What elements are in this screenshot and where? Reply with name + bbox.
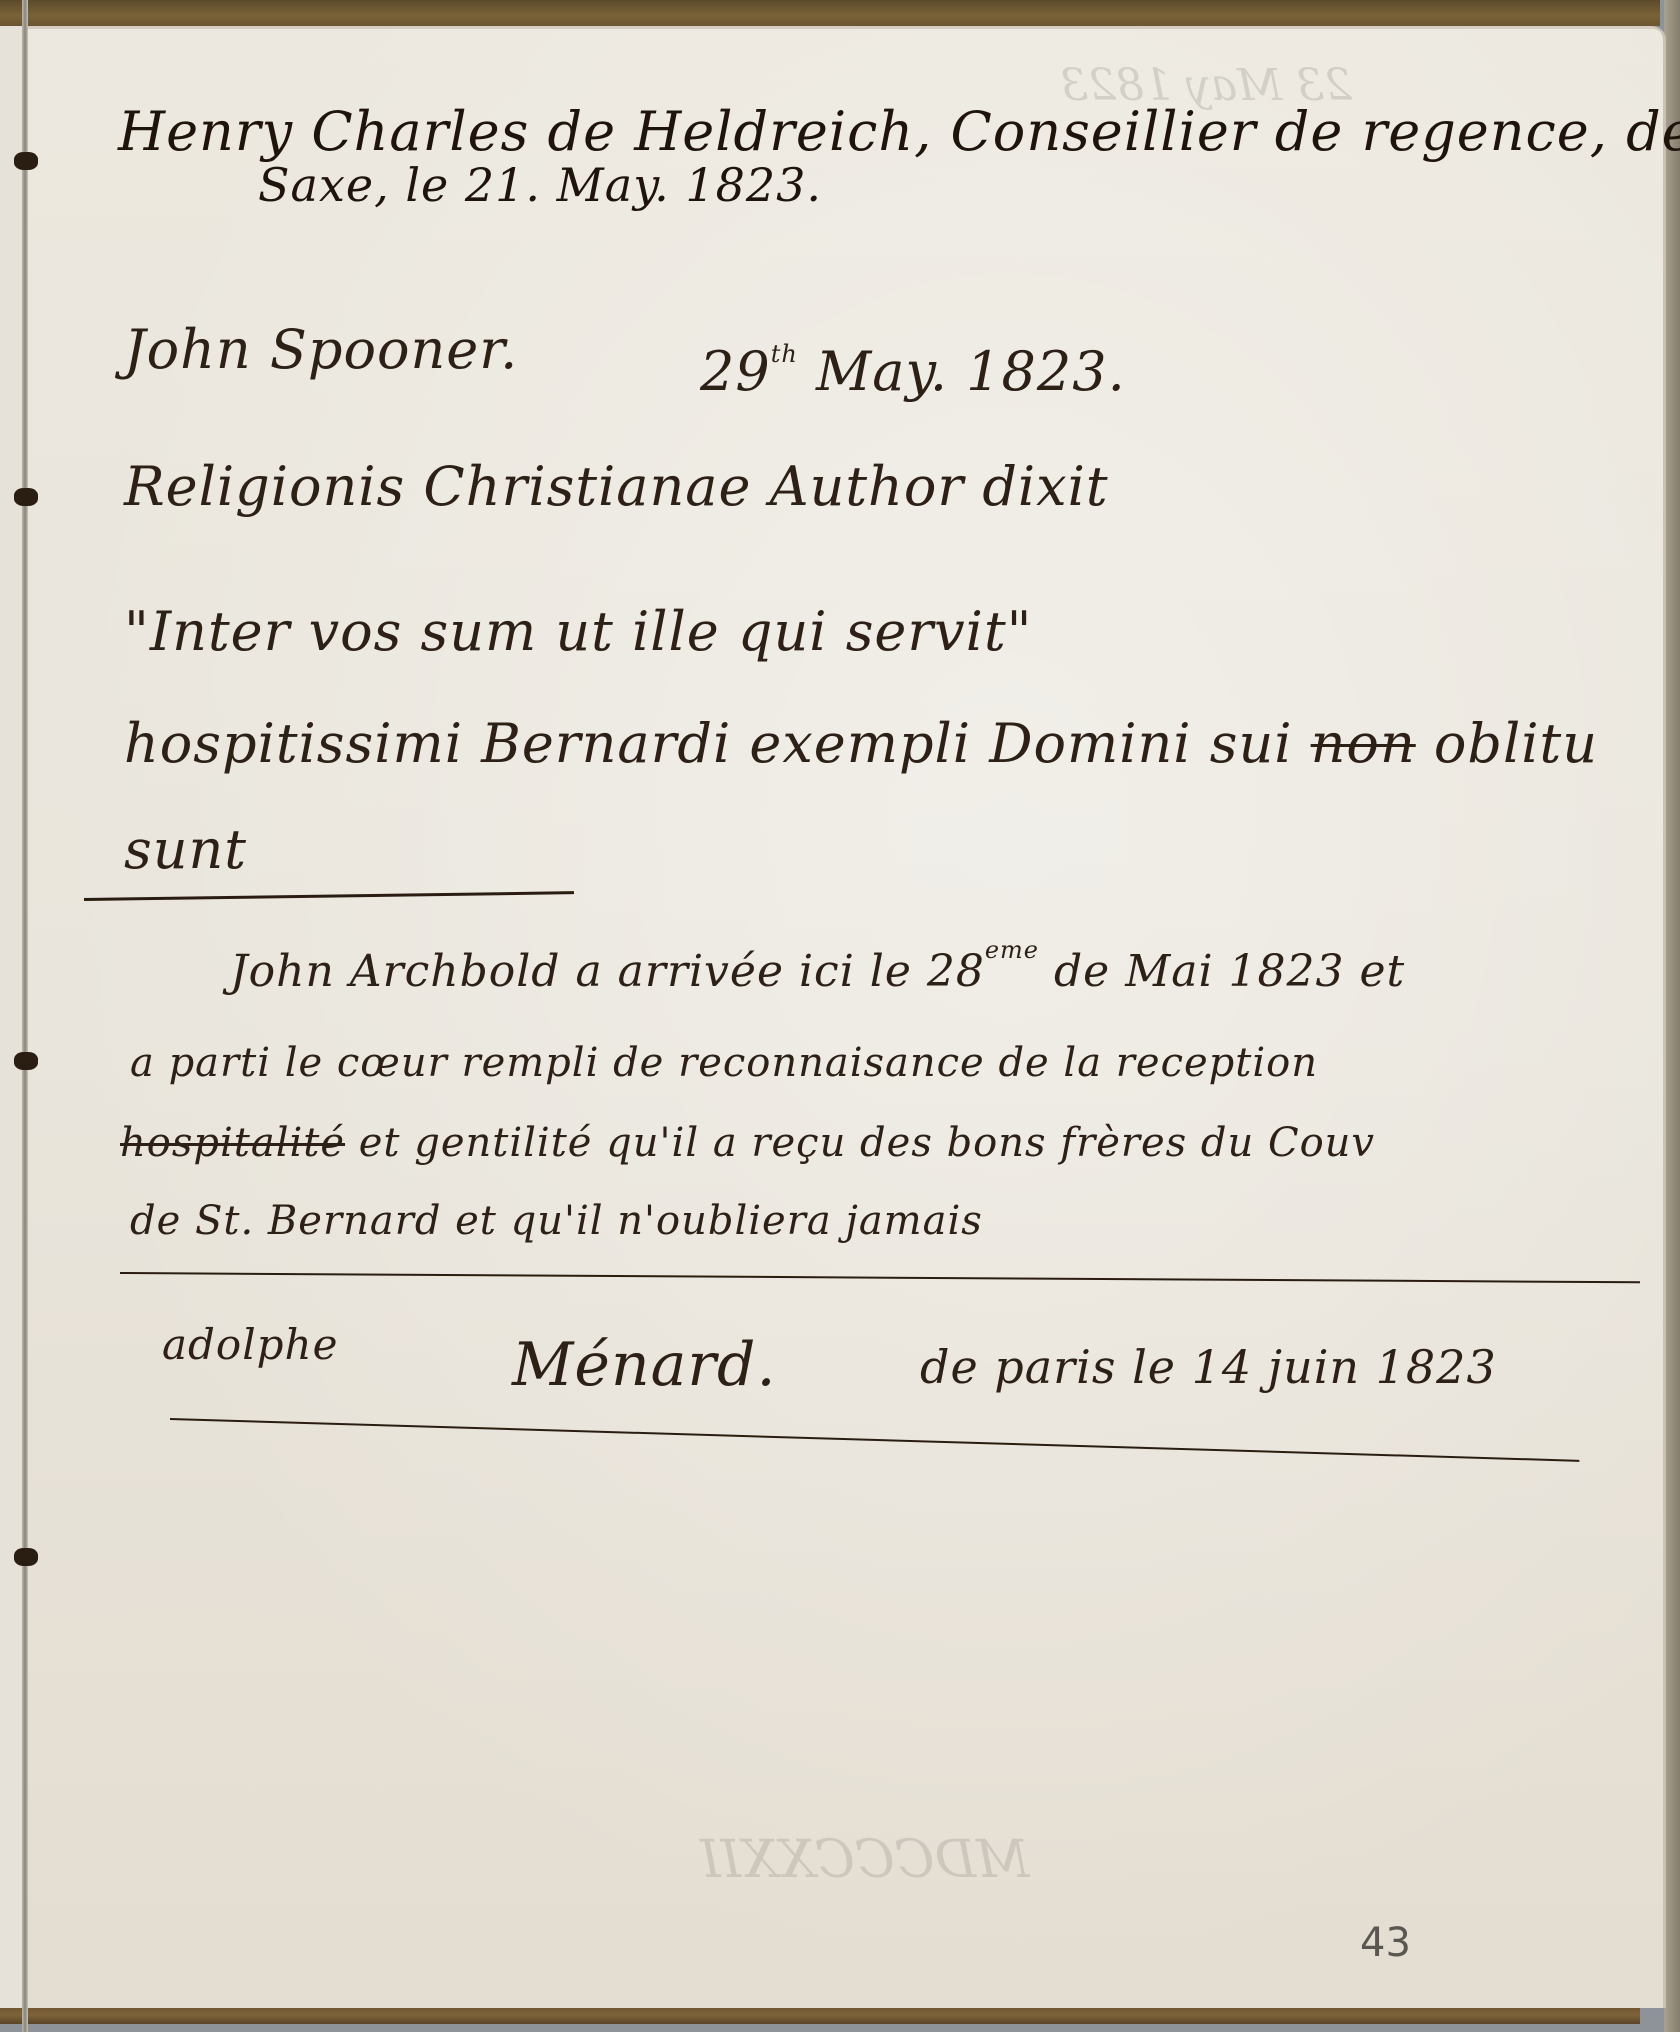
entry-line: John Archbold a arrivée ici le 28eme de …: [230, 946, 1405, 997]
line-text: hospitissimi Bernardi exempli Domini sui: [124, 712, 1311, 775]
entry-date: 29th May. 1823.: [700, 340, 1126, 403]
entry-origin-date: de paris le 14 juin 1823: [920, 1340, 1497, 1394]
entry-line: hospitissimi Bernardi exempli Domini sui…: [124, 712, 1598, 775]
entry-line: de St. Bernard et qu'il n'oubliera jamai…: [130, 1198, 983, 1244]
entry-line: sunt: [124, 818, 247, 881]
signature-first-name: adolphe: [162, 1320, 338, 1369]
entry-line: Saxe, le 21. May. 1823.: [258, 158, 822, 212]
signature-last-name: Ménard.: [512, 1330, 777, 1400]
binding-stitch: [14, 152, 38, 170]
bleedthrough-text: MDCCCXXII: [700, 1830, 1029, 1890]
entry-line: a parti le cœur rempli de reconnaisance …: [130, 1040, 1318, 1086]
binding-right-edge: [1664, 0, 1680, 2032]
binding-stitch: [14, 1548, 38, 1566]
binding-stitch: [14, 1052, 38, 1070]
binding-gutter: [22, 0, 28, 2032]
date-day: 29: [700, 340, 771, 403]
signature-name: John Spooner.: [124, 318, 518, 381]
binding-stitch: [14, 488, 38, 506]
line-text: oblitu: [1416, 712, 1598, 775]
entry-line: Henry Charles de Heldreich, Conseillier …: [118, 100, 1680, 163]
date-rest: May. 1823.: [816, 340, 1126, 403]
entry-line: "Inter vos sum ut ille qui servit": [124, 600, 1033, 663]
binding-bottom-edge: [0, 2006, 1640, 2024]
entry-line: Religionis Christianae Author dixit: [124, 455, 1109, 518]
binding-top-edge: [0, 0, 1660, 26]
date-suffix: th: [771, 340, 798, 368]
scan-background: 23 May 1823 MDCCCXXII Henry Charles de H…: [0, 0, 1680, 2032]
line-text: de Mai 1823 et: [1039, 946, 1405, 997]
ordinal-suffix: eme: [985, 936, 1039, 964]
previous-page-edge: [0, 26, 24, 2008]
page-number: 43: [1360, 1920, 1411, 1966]
line-text: et gentilité qu'il a reçu des bons frère…: [345, 1120, 1375, 1166]
line-text: John Archbold a arrivée ici le 28: [230, 946, 985, 997]
entry-line: hospitalité et gentilité qu'il a reçu de…: [120, 1120, 1375, 1166]
struck-word: non: [1311, 712, 1416, 775]
struck-word: hospitalité: [120, 1120, 345, 1166]
